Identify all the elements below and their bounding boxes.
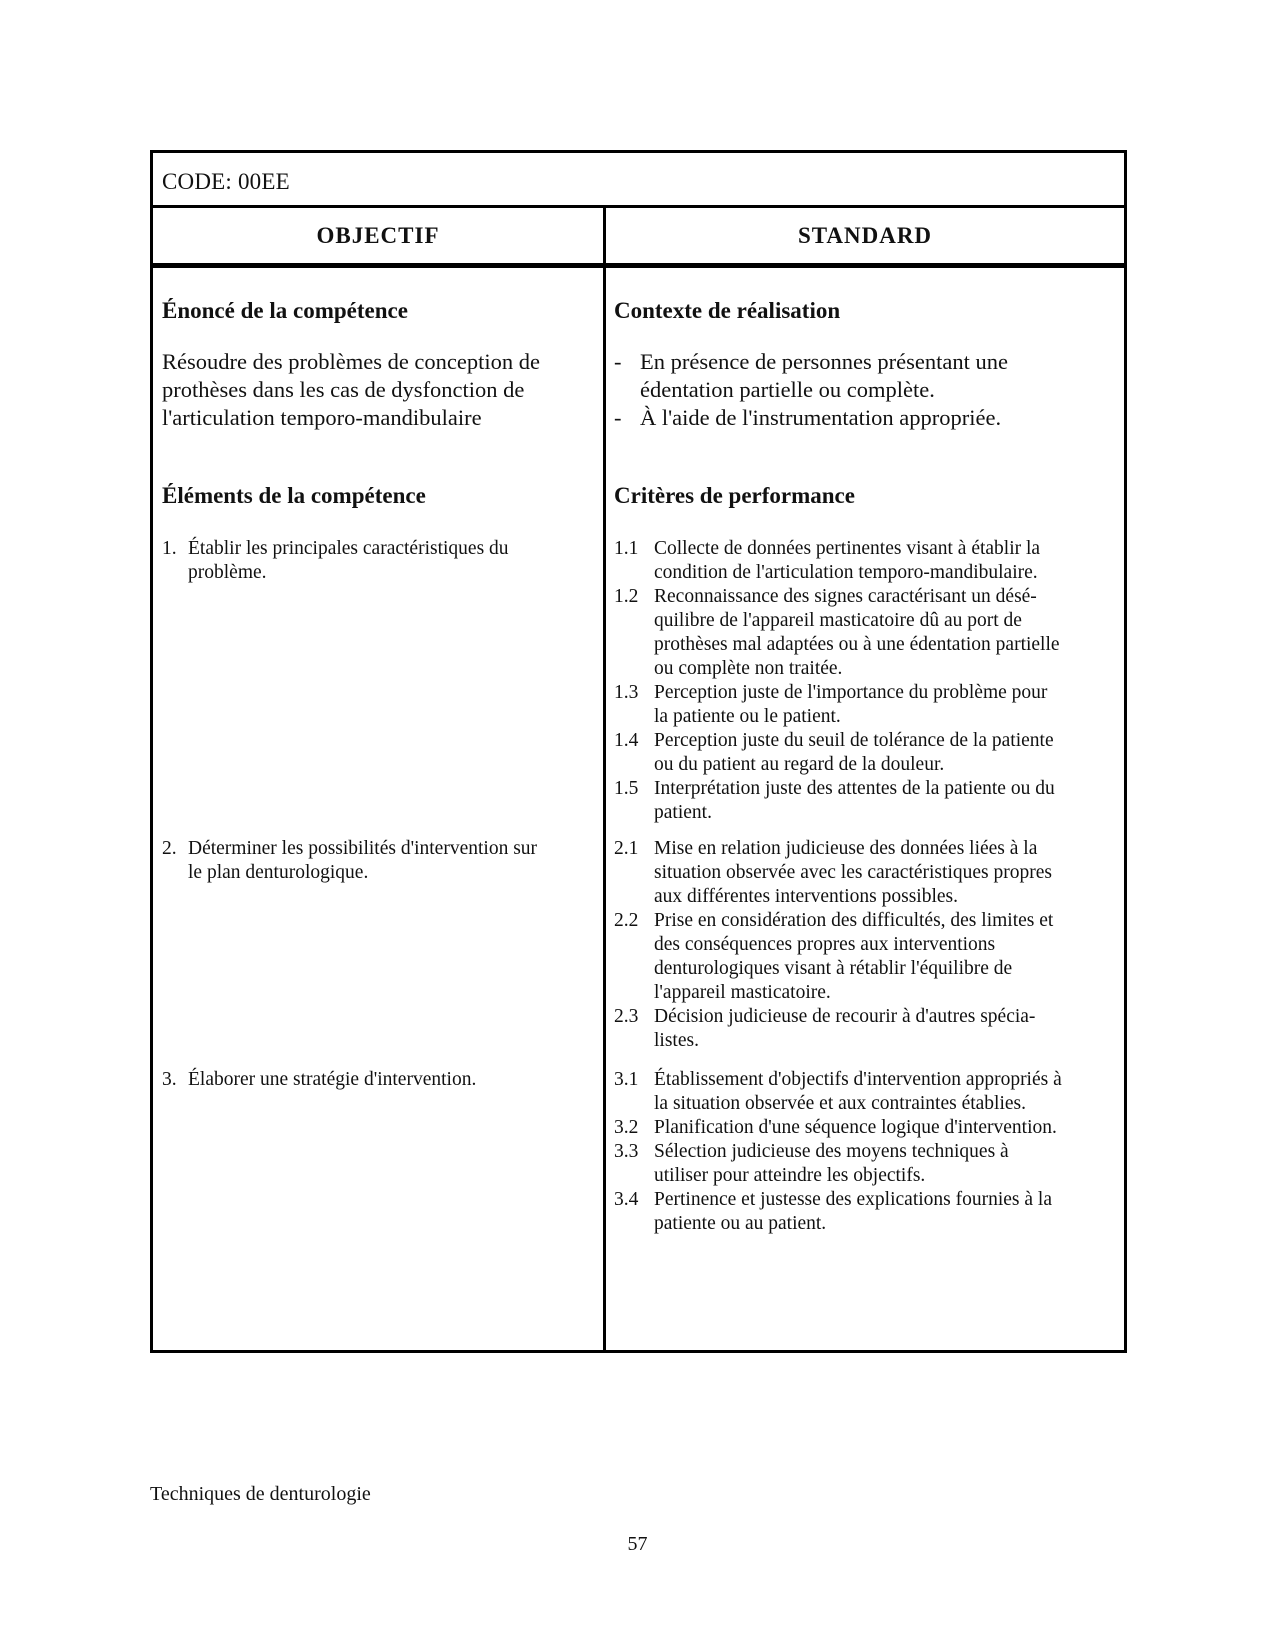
text-line: aux différentes interventions possibles. <box>654 885 1052 909</box>
item-text: Reconnaissance des signes caractérisant … <box>654 585 1060 681</box>
text-line: la situation observée et aux contraintes… <box>654 1092 1062 1116</box>
text-line: listes. <box>654 1029 1035 1053</box>
criterion-number: 1.1 <box>614 537 654 585</box>
text-line: Pertinence et justesse des explications … <box>654 1188 1052 1212</box>
text-line: Établir les principales caractéristiques… <box>188 537 509 561</box>
text-line: Interprétation juste des attentes de la … <box>654 777 1055 801</box>
criterion-number: 1.2 <box>614 585 654 681</box>
text-line: prothèses mal adaptées ou à une édentati… <box>654 633 1060 657</box>
item-text: Perception juste du seuil de tolérance d… <box>654 729 1054 777</box>
item-text: À l'aide de l'instrumentation appropriée… <box>640 404 1001 432</box>
text-line: denturologiques visant à rétablir l'équi… <box>654 957 1053 981</box>
criterion-item: 1.2Reconnaissance des signes caractérisa… <box>614 585 1119 681</box>
objectif-column: Énoncé de la compétence Résoudre des pro… <box>162 268 592 1350</box>
item-text: Établissement d'objectifs d'intervention… <box>654 1068 1062 1116</box>
bullet-dash: - <box>614 348 640 404</box>
item-text: Perception juste de l'importance du prob… <box>654 681 1047 729</box>
text-line: patiente ou au patient. <box>654 1212 1052 1236</box>
header-row: OBJECTIF STANDARD <box>153 208 1124 268</box>
text-line: le plan denturologique. <box>188 861 537 885</box>
text-line: ou du patient au regard de la douleur. <box>654 753 1054 777</box>
text-line: Perception juste de l'importance du prob… <box>654 681 1047 705</box>
code-label: CODE: 00EE <box>162 169 290 195</box>
element-item-3: 3.Élaborer une stratégie d'intervention. <box>162 1068 476 1092</box>
contexte-item: -À l'aide de l'instrumentation approprié… <box>614 404 1008 432</box>
criterion-item: 2.2Prise en considération des difficulté… <box>614 909 1119 1005</box>
criterion-number: 3.4 <box>614 1188 654 1236</box>
text-line: Perception juste du seuil de tolérance d… <box>654 729 1054 753</box>
item-text: Interprétation juste des attentes de la … <box>654 777 1055 825</box>
text-line: édentation partielle ou complète. <box>640 376 1008 404</box>
code-row: CODE: 00EE <box>153 153 1124 208</box>
text-line: la patiente ou le patient. <box>654 705 1047 729</box>
criterion-item: 3.4Pertinence et justesse des explicatio… <box>614 1188 1119 1236</box>
item-text: En présence de personnes présentant uneé… <box>640 348 1008 404</box>
element-number: 1. <box>162 537 188 585</box>
item-text: Planification d'une séquence logique d'i… <box>654 1116 1057 1140</box>
item-text: Établir les principales caractéristiques… <box>188 537 509 585</box>
item-text: Mise en relation judicieuse des données … <box>654 837 1052 909</box>
item-text: Résoudre des problèmes de conception dep… <box>162 348 540 432</box>
criteres-title: Critères de performance <box>614 483 855 509</box>
criterion-number: 2.1 <box>614 837 654 909</box>
element-item-1: 1.Établir les principales caractéristiqu… <box>162 537 509 585</box>
criterion-number: 1.5 <box>614 777 654 825</box>
header-objectif: OBJECTIF <box>153 208 603 263</box>
criterion-number: 3.3 <box>614 1140 654 1188</box>
criterion-item: 2.1Mise en relation judicieuse des donné… <box>614 837 1119 909</box>
item-text: Pertinence et justesse des explications … <box>654 1188 1052 1236</box>
criterion-item: 3.1Établissement d'objectifs d'intervent… <box>614 1068 1119 1116</box>
bullet-dash: - <box>614 404 640 432</box>
header-standard: STANDARD <box>606 208 1124 263</box>
text-line: Mise en relation judicieuse des données … <box>654 837 1052 861</box>
text-line: prothèses dans les cas de dysfonction de <box>162 376 540 404</box>
page-number: 57 <box>0 1533 1275 1556</box>
contexte-item: -En présence de personnes présentant une… <box>614 348 1008 404</box>
element-number: 3. <box>162 1068 188 1092</box>
criterion-item: 3.3Sélection judicieuse des moyens techn… <box>614 1140 1119 1188</box>
criterion-item: 1.4Perception juste du seuil de toléranc… <box>614 729 1119 777</box>
criterion-number: 1.4 <box>614 729 654 777</box>
criteria-group-2: 2.1Mise en relation judicieuse des donné… <box>614 837 1119 1053</box>
footer-program-title: Techniques de denturologie <box>150 1483 371 1506</box>
text-line: Déterminer les possibilités d'interventi… <box>188 837 537 861</box>
text-line: Établissement d'objectifs d'intervention… <box>654 1068 1062 1092</box>
criterion-item: 1.1Collecte de données pertinentes visan… <box>614 537 1119 585</box>
criterion-item: 3.2Planification d'une séquence logique … <box>614 1116 1119 1140</box>
element-item-2: 2.Déterminer les possibilités d'interven… <box>162 837 537 885</box>
element-number: 2. <box>162 837 188 885</box>
criterion-item: 1.3Perception juste de l'importance du p… <box>614 681 1119 729</box>
text-line: Décision judicieuse de recourir à d'autr… <box>654 1005 1035 1029</box>
criterion-item: 1.5Interprétation juste des attentes de … <box>614 777 1119 825</box>
text-line: Reconnaissance des signes caractérisant … <box>654 585 1060 609</box>
column-divider <box>603 208 606 1350</box>
criterion-number: 2.3 <box>614 1005 654 1053</box>
criteria-group-3: 3.1Établissement d'objectifs d'intervent… <box>614 1068 1119 1236</box>
text-line: Planification d'une séquence logique d'i… <box>654 1116 1057 1140</box>
standard-column: Contexte de réalisation -En présence de … <box>614 268 1119 1350</box>
text-line: Collecte de données pertinentes visant à… <box>654 537 1040 561</box>
item-text: Déterminer les possibilités d'interventi… <box>188 837 537 885</box>
item-text: Décision judicieuse de recourir à d'autr… <box>654 1005 1035 1053</box>
criterion-item: 2.3Décision judicieuse de recourir à d'a… <box>614 1005 1119 1053</box>
item-text: Sélection judicieuse des moyens techniqu… <box>654 1140 1009 1188</box>
text-line: des conséquences propres aux interventio… <box>654 933 1053 957</box>
criterion-number: 1.3 <box>614 681 654 729</box>
text-line: l'appareil masticatoire. <box>654 981 1053 1005</box>
text-line: ou complète non traitée. <box>654 657 1060 681</box>
contexte-title: Contexte de réalisation <box>614 298 840 324</box>
criteria-group-1: 1.1Collecte de données pertinentes visan… <box>614 537 1119 825</box>
text-line: l'articulation temporo-mandibulaire <box>162 404 540 432</box>
text-line: À l'aide de l'instrumentation appropriée… <box>640 404 1001 432</box>
text-line: Prise en considération des difficultés, … <box>654 909 1053 933</box>
enonce-title: Énoncé de la compétence <box>162 298 408 324</box>
item-text: Élaborer une stratégie d'intervention. <box>188 1068 476 1092</box>
text-line: Élaborer une stratégie d'intervention. <box>188 1068 476 1092</box>
text-line: Résoudre des problèmes de conception de <box>162 348 540 376</box>
criterion-number: 3.2 <box>614 1116 654 1140</box>
text-line: problème. <box>188 561 509 585</box>
text-line: quilibre de l'appareil masticatoire dû a… <box>654 609 1060 633</box>
text-line: situation observée avec les caractéristi… <box>654 861 1052 885</box>
elements-title: Éléments de la compétence <box>162 483 426 509</box>
text-line: patient. <box>654 801 1055 825</box>
item-text: Prise en considération des difficultés, … <box>654 909 1053 1005</box>
text-line: utiliser pour atteindre les objectifs. <box>654 1164 1009 1188</box>
competency-table: CODE: 00EE OBJECTIF STANDARD Énoncé de l… <box>150 150 1127 1353</box>
contexte-list: -En présence de personnes présentant une… <box>614 348 1008 432</box>
text-line: condition de l'articulation temporo-mand… <box>654 561 1040 585</box>
criterion-number: 2.2 <box>614 909 654 1005</box>
enonce-text: Résoudre des problèmes de conception dep… <box>162 348 540 432</box>
criterion-number: 3.1 <box>614 1068 654 1116</box>
text-line: Sélection judicieuse des moyens techniqu… <box>654 1140 1009 1164</box>
document-page: CODE: 00EE OBJECTIF STANDARD Énoncé de l… <box>0 0 1275 1650</box>
item-text: Collecte de données pertinentes visant à… <box>654 537 1040 585</box>
text-line: En présence de personnes présentant une <box>640 348 1008 376</box>
